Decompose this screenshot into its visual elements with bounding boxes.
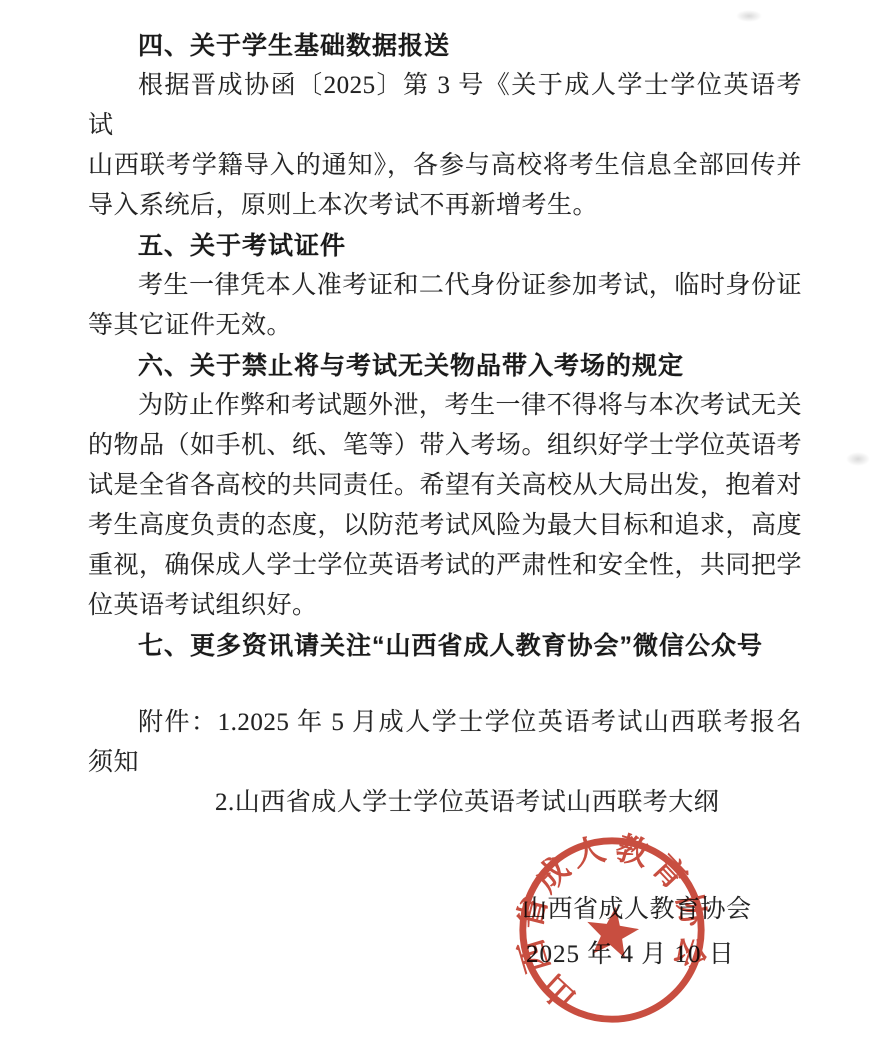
paragraph-line: 等其它证件无效。 [88, 306, 802, 346]
document-page: 四、关于学生基础数据报送 根据晋成协函〔2025〕第 3 号《关于成人学士学位英… [0, 0, 886, 1060]
attachment-line-1-wrap: 须知 [88, 743, 802, 783]
scan-artifact [846, 452, 870, 466]
attachment-line-1: 附件：1.2025 年 5 月成人学士学位英语考试山西联考报名 [88, 703, 802, 743]
paragraph-line: 考生高度负责的态度，以防范考试风险为最大目标和追求，高度 [88, 506, 802, 546]
section-6-heading: 六、关于禁止将与考试无关物品带入考场的规定 [88, 346, 802, 386]
paragraph-line: 根据晋成协函〔2025〕第 3 号《关于成人学士学位英语考试 [88, 66, 802, 146]
paragraph-line: 为防止作弊和考试题外泄，考生一律不得将与本次考试无关 [88, 386, 802, 426]
paragraph-line: 重视，确保成人学士学位英语考试的严肃性和安全性，共同把学 [88, 546, 802, 586]
attachments-block: 附件：1.2025 年 5 月成人学士学位英语考试山西联考报名 须知 2.山西省… [88, 703, 802, 823]
paragraph-line: 的物品（如手机、纸、笔等）带入考场。组织好学士学位英语考 [88, 426, 802, 466]
paragraph-line: 考生一律凭本人准考证和二代身份证参加考试，临时身份证 [88, 266, 802, 306]
paragraph-line: 导入系统后，原则上本次考试不再新增考生。 [88, 186, 802, 226]
document-body: 四、关于学生基础数据报送 根据晋成协函〔2025〕第 3 号《关于成人学士学位英… [88, 26, 802, 823]
paragraph-line: 位英语考试组织好。 [88, 586, 802, 626]
official-stamp: 山西省成人教育协会 [514, 832, 710, 1028]
section-4-heading: 四、关于学生基础数据报送 [88, 26, 802, 66]
attachment-line-2: 2.山西省成人学士学位英语考试山西联考大纲 [88, 783, 802, 823]
paragraph-line: 山西联考学籍导入的通知》，各参与高校将考生信息全部回传并 [88, 146, 802, 186]
section-5-heading: 五、关于考试证件 [88, 226, 802, 266]
scan-artifact [736, 10, 762, 22]
paragraph-line: 试是全省各高校的共同责任。希望有关高校从大局出发，抱着对 [88, 466, 802, 506]
section-7-heading: 七、更多资讯请关注“山西省成人教育协会”微信公众号 [88, 626, 802, 666]
star-icon [587, 907, 639, 958]
